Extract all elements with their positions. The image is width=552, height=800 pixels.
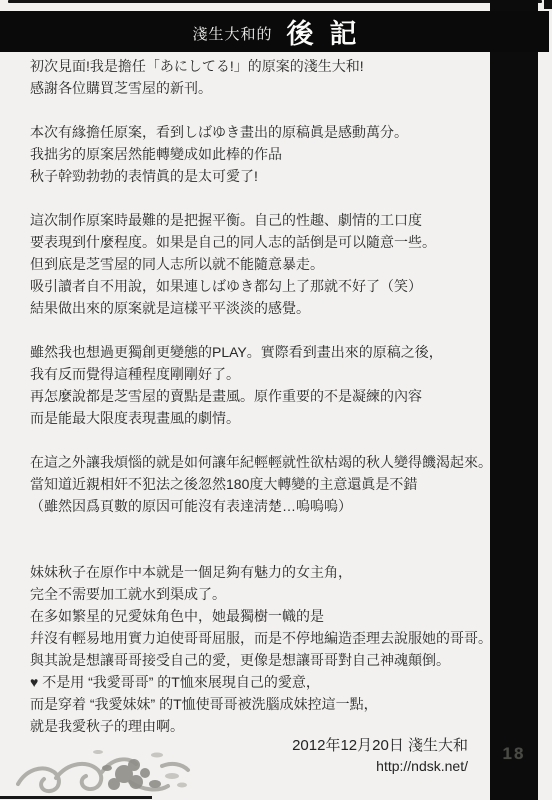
text-line: ♥ 不是用 “我愛哥哥” 的T恤來展現自己的愛意， [30,671,500,693]
text-line: 秋子幹勁勃勃的表情眞的是太可愛了! [30,165,500,187]
signature-block: 2012年12月20日 淺生大和 http://ndsk.net/ [292,735,468,777]
text-line: 在這之外讓我煩惱的就是如何讓年紀輕輕就性欲枯竭的秋人變得饑渴起來。 [30,451,500,473]
text-line: 就是我愛秋子的理由啊。 [30,715,500,737]
text-line: 本次有緣擔任原案，看到しばゆき畫出的原稿眞是感動萬分。 [30,121,500,143]
header-author-prefix: 淺生大和的 [192,19,272,44]
text-line: 初次見面!我是擔任「あにしてる!」的原案的淺生大和! [30,55,500,77]
text-line: 與其說是想讓哥哥接受自己的愛，更像是想讓哥哥對自己神魂顛倒。 [30,649,500,671]
blank-line [30,429,500,451]
blank-line [30,99,500,121]
blank-line [30,187,500,209]
text-line: 再怎麼說都是芝雪屋的賣點是畫風。原作重要的不是凝練的內容 [30,385,500,407]
scan-artifact-line-top [8,0,542,3]
text-line: （雖然因爲頁數的原因可能沒有表達淸楚…嗚嗚嗚） [30,495,500,517]
text-line: 我有反而覺得這種程度剛剛好了。 [30,363,500,385]
text-line: 幷沒有輕易地用實力迫使哥哥屈服，而是不停地編造歪理去說服她的哥哥。 [30,627,500,649]
signature-url: http://ndsk.net/ [292,756,468,777]
text-line: 雖然我也想過更獨創更變態的PLAY。實際看到畫出來的原稿之後， [30,341,500,363]
afterword-body-text: 初次見面!我是擔任「あにしてる!」的原案的淺生大和!感謝各位購買芝雪屋的新刊。 … [30,55,500,737]
afterword-page: 18 淺生大和的 後記 初次見面!我是擔任「あにしてる!」的原案的淺生大和!感謝… [0,0,552,800]
floral-flourish-icon [12,738,197,798]
text-line: 而是能最大限度表現畫風的劇情。 [30,407,500,429]
text-line: 當知道近親相奸不犯法之後忽然180度大轉變的主意還眞是不錯 [30,473,500,495]
text-line: 結果做出來的原案就是這樣平平淡淡的感覺。 [30,297,500,319]
scan-artifact-line-bottom [0,796,152,799]
text-line: 妹妹秋子在原作中本就是一個足夠有魅力的女主角， [30,561,500,583]
header-title: 後記 [287,12,373,51]
text-line: 完全不需要加工就水到渠成了。 [30,583,500,605]
text-line: 在多如繁星的兄愛妹角色中，她最獨樹一幟的是 [30,605,500,627]
signature-date-author: 2012年12月20日 淺生大和 [292,735,468,756]
blank-line [30,539,500,561]
scan-artifact-corner [544,0,552,9]
text-line: 這次制作原案時最難的是把握平衡。自己的性趣、劇情的工口度 [30,209,500,231]
blank-line [30,319,500,341]
text-line: 感謝各位購買芝雪屋的新刊。 [30,77,500,99]
text-line: 吸引讀者自不用說，如果連しばゆき都勾上了那就不好了（笑） [30,275,500,297]
blank-line [30,517,500,539]
text-line: 而是穿着 “我愛妹妹” 的T恤使哥哥被洗腦成妹控這一點， [30,693,500,715]
text-line: 我拙劣的原案居然能轉變成如此棒的作品 [30,143,500,165]
page-number: 18 [490,744,538,764]
text-line: 但到底是芝雪屋的同人志所以就不能隨意暴走。 [30,253,500,275]
text-line: 要表現到什麼程度。如果是自己的同人志的話倒是可以隨意一些。 [30,231,500,253]
header-band: 淺生大和的 後記 [0,11,549,52]
